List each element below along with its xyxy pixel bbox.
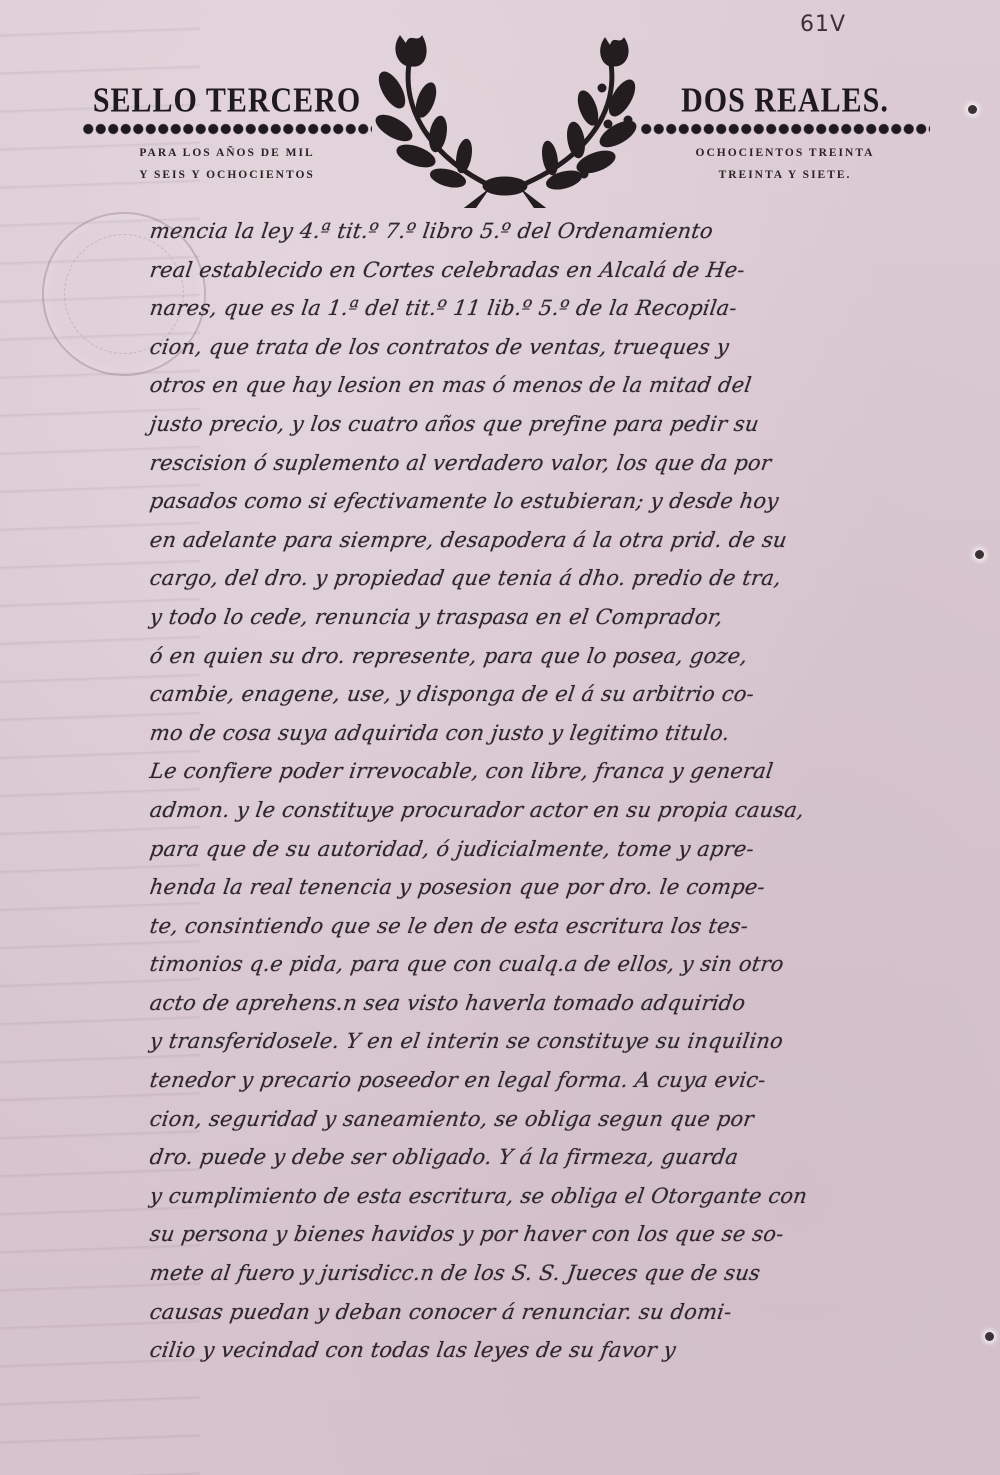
body-line: pasados como si efectivamente lo estubie… <box>147 482 952 521</box>
body-line: dro. puede y debe ser obligado. Y á la f… <box>147 1138 952 1177</box>
stamp-title-left: SELLO TERCERO <box>82 81 372 120</box>
body-line: Le confiere poder irrevocable, con libre… <box>147 752 952 791</box>
dotted-rule-left <box>82 122 372 136</box>
body-line: cion, que trata de los contratos de vent… <box>147 328 952 367</box>
stamp-title-right: DOS REALES. <box>640 81 930 120</box>
stamp-subtitle-right-2: TREINTA Y SIETE. <box>640 164 930 186</box>
body-line: real establecido en Cortes celebradas en… <box>147 251 952 290</box>
stamp-header-left: SELLO TERCERO PARA LOS AÑOS DE MIL Y SEI… <box>82 84 372 186</box>
body-line: cion, seguridad y saneamiento, se obliga… <box>147 1100 952 1139</box>
dotted-rule-right <box>640 122 930 136</box>
body-line: y cumplimiento de esta escritura, se obl… <box>147 1177 952 1216</box>
body-line: te, consintiendo que se le den de esta e… <box>147 907 952 946</box>
body-line: rescision ó suplemento al verdadero valo… <box>147 444 952 483</box>
body-line: su persona y bienes havidos y por haver … <box>147 1215 952 1254</box>
body-line: cilio y vecindad con todas las leyes de … <box>147 1331 952 1370</box>
folio-number: 61V <box>800 12 846 37</box>
body-line: y todo lo cede, renuncia y traspasa en e… <box>147 598 952 637</box>
body-line: mo de cosa suya adquirida con justo y le… <box>147 714 952 753</box>
stamp-subtitle-left-1: PARA LOS AÑOS DE MIL <box>82 142 372 164</box>
stamp-header-right: DOS REALES. OCHOCIENTOS TREINTA TREINTA … <box>640 84 930 186</box>
body-line: otros en que hay lesion en mas ó menos d… <box>147 366 952 405</box>
body-line: mencia la ley 4.ª tit.º 7.º libro 5.º de… <box>147 212 952 251</box>
laurel-wreath-icon <box>370 28 640 208</box>
body-line: tenedor y precario poseedor en legal for… <box>147 1061 952 1100</box>
body-line: nares, que es la 1.ª del tit.º 11 lib.º … <box>147 289 952 328</box>
body-line: mete al fuero y jurisdicc.n de los S. S.… <box>147 1254 952 1293</box>
body-line: cambie, enagene, use, y disponga de el á… <box>147 675 952 714</box>
binding-hole <box>968 105 977 114</box>
body-line: ó en quien su dro. represente, para que … <box>147 637 952 676</box>
body-line: acto de aprehens.n sea visto haverla tom… <box>147 984 952 1023</box>
document-page: 61V SELLO TERCERO PARA LOS AÑOS DE MIL Y… <box>0 0 1000 1475</box>
body-line: justo precio, y los cuatro años que pref… <box>147 405 952 444</box>
binding-hole <box>985 1332 994 1341</box>
body-line: y transferidosele. Y en el interin se co… <box>147 1022 952 1061</box>
body-line: admon. y le constituye procurador actor … <box>147 791 952 830</box>
body-line: timonios q.e pida, para que con cualq.a … <box>147 945 952 984</box>
body-line: en adelante para siempre, desapodera á l… <box>147 521 952 560</box>
stamp-subtitle-right-1: OCHOCIENTOS TREINTA <box>640 142 930 164</box>
stamp-subtitle-left-2: Y SEIS Y OCHOCIENTOS <box>82 164 372 186</box>
body-line: cargo, del dro. y propiedad que tenia á … <box>147 559 952 598</box>
body-line: para que de su autoridad, ó judicialment… <box>147 830 952 869</box>
binding-hole <box>975 550 984 559</box>
body-line: henda la real tenencia y posesion que po… <box>147 868 952 907</box>
handwritten-body: mencia la ley 4.ª tit.º 7.º libro 5.º de… <box>150 212 950 1370</box>
body-line: causas puedan y deban conocer á renuncia… <box>147 1293 952 1332</box>
